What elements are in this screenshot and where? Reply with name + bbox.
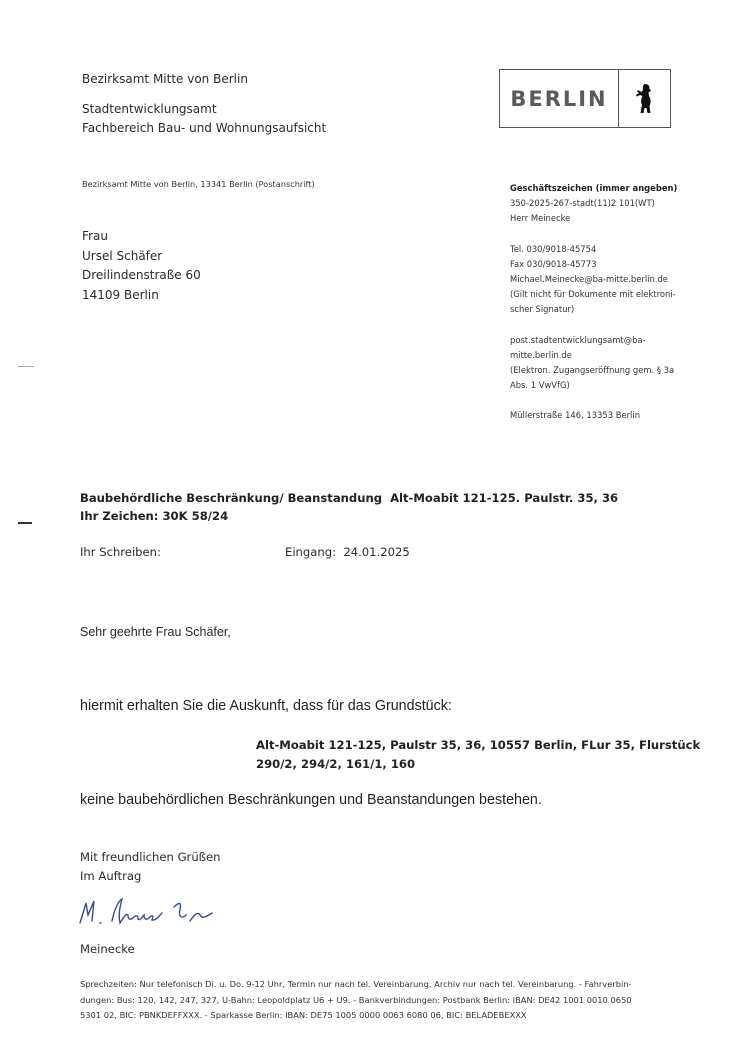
fax-number: Fax 030/9018-45773 [510,257,700,272]
sender-office: Bezirksamt Mitte von Berlin [82,70,326,89]
recipient-name: Ursel Schäfer [82,247,201,267]
received-date: Eingang: 24.01.2025 [285,545,410,559]
signer-name: Meinecke [80,942,135,956]
result-text: keine baubehördlichen Beschränkungen und… [80,792,542,808]
recipient-city: 14109 Berlin [82,286,201,306]
footer-info: Sprechzeiten: Nur telefonisch Di. u. Do.… [80,977,710,1024]
office-email-cont: mitte.berlin.de [510,348,700,363]
subject-line: Baubehördliche Beschränkung/ Beanstandun… [80,489,618,507]
footer-line-1: Sprechzeiten: Nur telefonisch Di. u. Do.… [80,977,710,993]
berlin-logo: BERLIN [499,69,671,128]
your-reference: Ihr Zeichen: 30K 58/24 [80,507,618,525]
email-note: (Gilt nicht für Dokumente mit elektroni- [510,287,700,302]
intro-text: hiermit erhalten Sie die Auskunft, dass … [80,698,452,714]
property-line-2: 290/2, 294/2, 161/1, 160 [256,755,700,774]
reference-number: 350-2025-267-stadt(11)2 101(WT) [510,196,700,211]
sender-block: Bezirksamt Mitte von Berlin Stadtentwick… [82,70,326,138]
fold-mark [18,366,34,367]
email-note-cont: scher Signatur) [510,302,700,317]
footer-line-2: dungen: Bus: 120, 142, 247, 327, U-Bahn:… [80,993,710,1009]
property-line-1: Alt-Moabit 121-125, Paulstr 35, 36, 1055… [256,736,700,755]
contact-person: Herr Meinecke [510,211,700,226]
sender-division: Fachbereich Bau- und Wohnungsaufsicht [82,119,326,138]
handwritten-signature [78,893,258,931]
contact-email: Michael.Meinecke@ba-mitte.berlin.de [510,272,700,287]
sender-department: Stadtentwicklungsamt [82,100,326,119]
office-email-note: (Elektron. Zugangseröffnung gem. § 3a [510,363,700,378]
footer-line-3: 5301 02, BIC: PBNKDEFFXXX. - Sparkasse B… [80,1008,710,1024]
recipient-street: Dreilindenstraße 60 [82,266,201,286]
greeting: Sehr geehrte Frau Schäfer, [80,625,231,639]
postal-return-line: Bezirksamt Mitte von Berlin, 13341 Berli… [82,179,315,189]
info-column: Geschäftszeichen (immer angeben) 350-202… [510,181,700,424]
your-letter-label: Ihr Schreiben: [80,545,161,559]
reference-label: Geschäftszeichen (immer angeben) [510,181,700,196]
logo-wordmark: BERLIN [500,70,619,127]
closing-greeting: Mit freundlichen Grüßen [80,848,220,867]
phone-number: Tel. 030/9018-45754 [510,242,700,257]
punch-mark [18,522,32,524]
letter-subject: Baubehördliche Beschränkung/ Beanstandun… [80,489,618,525]
office-address: Müllerstraße 146, 13353 Berlin [510,408,700,423]
recipient-address: Frau Ursel Schäfer Dreilindenstraße 60 1… [82,227,201,305]
closing-block: Mit freundlichen Grüßen Im Auftrag [80,848,220,886]
property-description: Alt-Moabit 121-125, Paulstr 35, 36, 1055… [256,736,700,773]
closing-on-behalf: Im Auftrag [80,867,220,886]
office-email: post.stadtentwicklungsamt@ba- [510,333,700,348]
recipient-salutation: Frau [82,227,201,247]
berlin-bear-icon [619,70,670,127]
office-email-note-cont: Abs. 1 VwVfG) [510,378,700,393]
